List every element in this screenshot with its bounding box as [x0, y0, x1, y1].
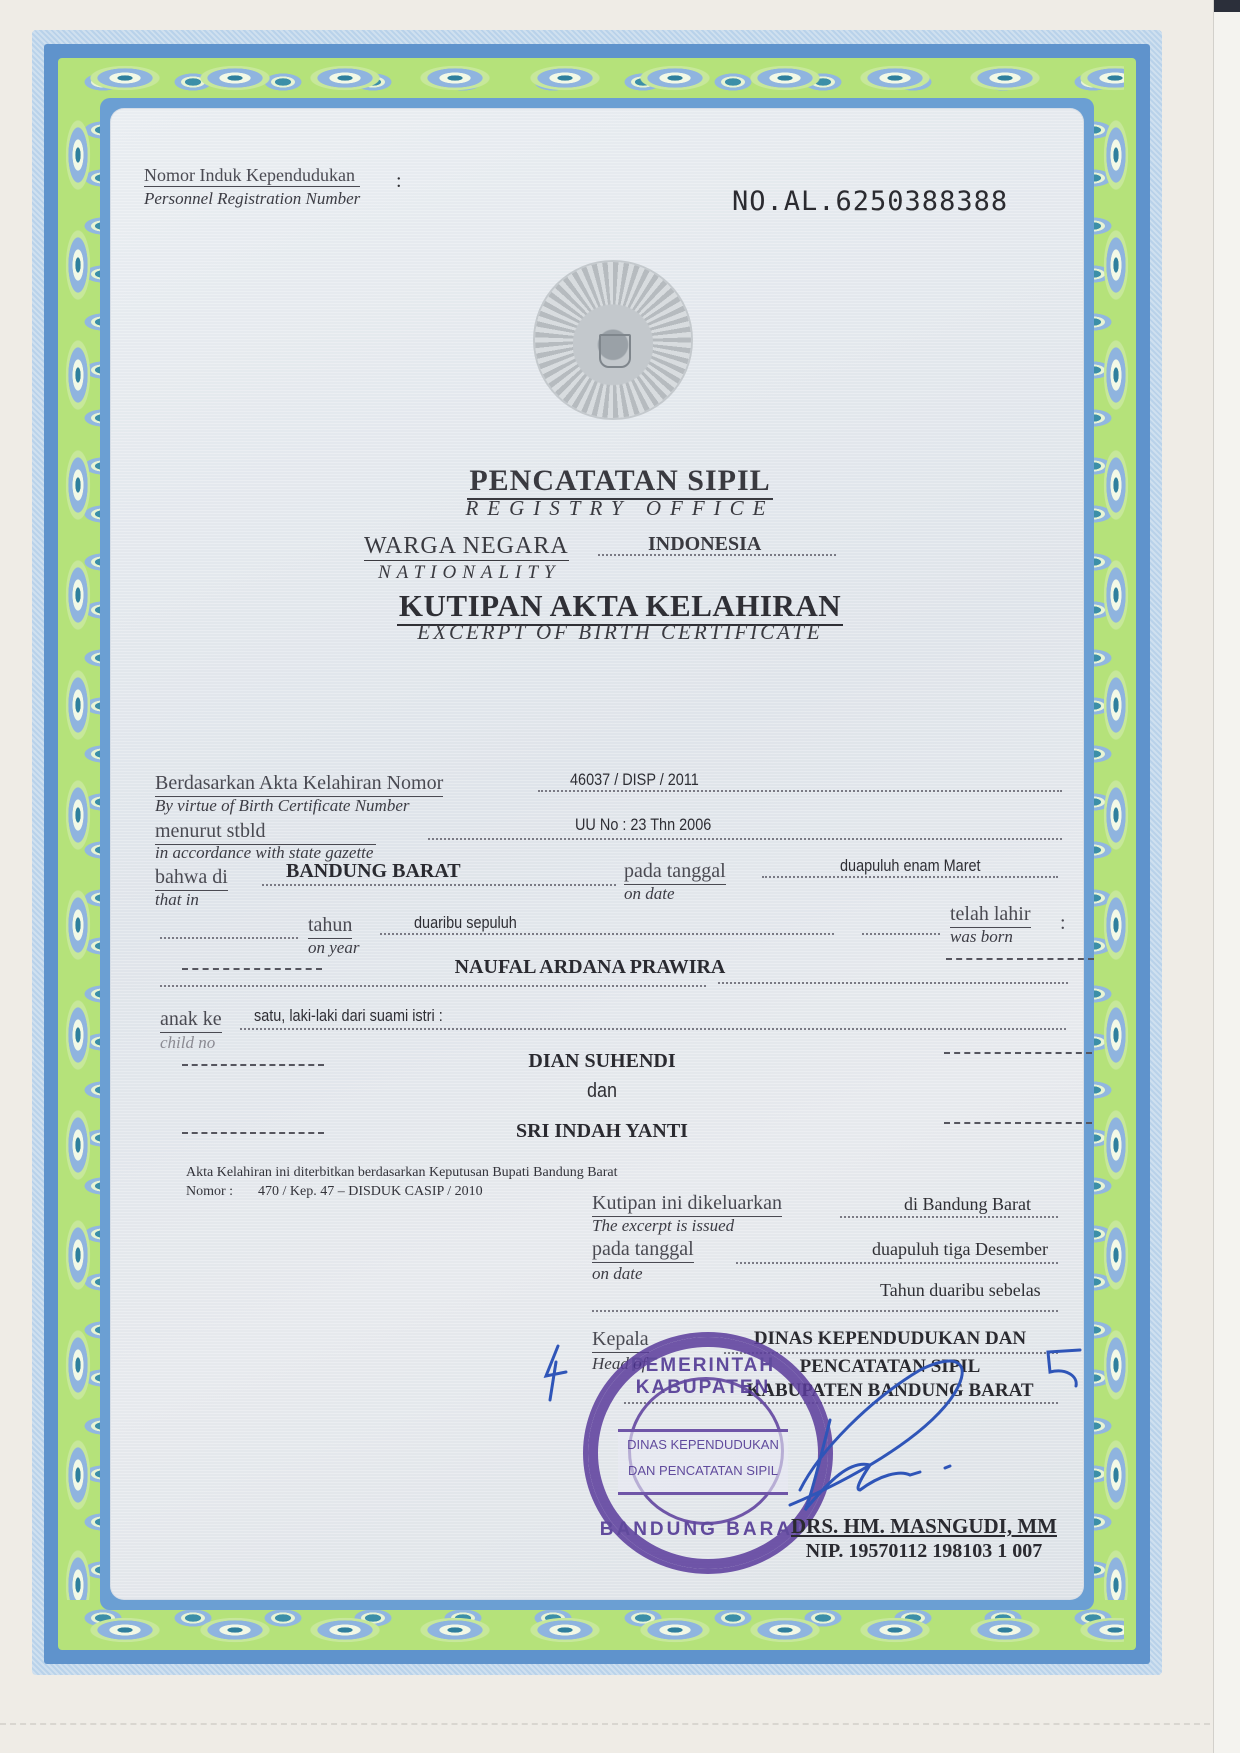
issued-date-label: pada tanggal	[592, 1238, 694, 1263]
certificate-number-label: Berdasarkan Akta Kelahiran Nomor	[155, 772, 443, 797]
dotted-line	[718, 982, 1068, 984]
child-name: NAUFAL ARDANA PRAWIRA	[0, 956, 1210, 979]
ornament-row-bottom	[70, 1610, 1124, 1650]
issued-label: Kutipan ini dikeluarkan	[592, 1192, 782, 1217]
ornament-row-top	[70, 58, 1124, 98]
issued-year-value: Tahun duaribu sebelas	[880, 1280, 1041, 1301]
was-born-label-en: was born	[950, 927, 1013, 947]
child-number-label: anak ke	[160, 1008, 222, 1033]
registration-label-id: Nomor Induk Kependudukan	[144, 165, 360, 187]
dotted-line	[762, 876, 1058, 878]
issued-date-label-en: on date	[592, 1264, 643, 1284]
nationality-dotted-line	[598, 554, 836, 556]
birth-date-value: duapuluh enam Maret	[840, 856, 981, 876]
office-title-en: REGISTRY OFFICE	[0, 496, 1240, 521]
mother-name: SRI INDAH YANTI	[0, 1120, 1222, 1143]
birth-year-label-en: on year	[308, 938, 359, 958]
dotted-line	[862, 933, 940, 935]
garuda-emblem-icon	[535, 262, 691, 418]
registration-label: Nomor Induk Kependudukan Personnel Regis…	[144, 165, 360, 209]
dotted-line	[428, 838, 1062, 840]
dotted-line	[262, 884, 616, 886]
nationality-value: INDONESIA	[648, 533, 761, 556]
child-number-value: satu, laki-laki dari suami istri :	[254, 1006, 443, 1026]
dotted-line	[840, 1216, 1058, 1218]
place-label-en: that in	[155, 890, 199, 910]
registration-colon: :	[396, 170, 402, 193]
birth-date-label-en: on date	[624, 884, 675, 904]
registration-number: NO.AL.6250388388	[732, 186, 1008, 217]
issued-label-en: The excerpt is issued	[592, 1216, 734, 1236]
fold-line	[0, 1723, 1210, 1725]
conjunction-and: dan	[44, 1080, 1160, 1103]
issued-date-value: duapuluh tiga Desember	[872, 1239, 1048, 1260]
office-title-text: PENCATATAN SIPIL	[467, 464, 772, 500]
garuda-shield-shape	[599, 334, 631, 368]
dotted-line	[160, 937, 298, 939]
certificate-number-value: 46037 / DISP / 2011	[570, 770, 699, 790]
certificate-number-label-en: By virtue of Birth Certificate Number	[155, 796, 410, 816]
handwritten-mark-4-icon	[540, 1342, 570, 1404]
birth-date-label: pada tanggal	[624, 860, 726, 885]
gazette-value: UU No : 23 Thn 2006	[575, 815, 711, 835]
nationality-label-en: NATIONALITY	[378, 562, 561, 584]
official-nip: NIP. 19570112 198103 1 007	[764, 1540, 1084, 1563]
nationality-label: WARGA NEGARA	[364, 533, 569, 561]
head-label: Kepala	[592, 1328, 649, 1353]
dotted-line	[380, 933, 834, 935]
dotted-line	[240, 1028, 1066, 1030]
ornament-column-left	[58, 100, 98, 1600]
decree-number-label: Nomor :	[186, 1184, 233, 1200]
handwritten-mark-5-icon	[1036, 1342, 1086, 1392]
dotted-line	[592, 1310, 1058, 1312]
was-born-colon: :	[1060, 912, 1066, 935]
official-name: DRS. HM. MASNGUDI, MM	[764, 1514, 1084, 1539]
place-value: BANDUNG BARAT	[286, 860, 461, 883]
dotted-line	[538, 790, 1062, 792]
scanner-edge	[1213, 0, 1240, 1753]
place-label: bahwa di	[155, 866, 228, 891]
dotted-line	[736, 1262, 1058, 1264]
was-born-label: telah lahir	[950, 903, 1031, 928]
registration-label-en: Personnel Registration Number	[144, 189, 360, 209]
father-name: DIAN SUHENDI	[0, 1050, 1222, 1073]
decree-text: Akta Kelahiran ini diterbitkan berdasark…	[186, 1165, 618, 1181]
birth-year-value: duaribu sepuluh	[414, 913, 517, 933]
document-title: KUTIPAN AKTA KELAHIRAN	[0, 588, 1240, 624]
gazette-label: menurut stbld	[155, 820, 376, 845]
birth-year-label: tahun	[308, 914, 352, 939]
decree-number-value: 470 / Kep. 47 – DISDUK CASIP / 2010	[258, 1184, 483, 1200]
office-title: PENCATATAN SIPIL	[0, 464, 1240, 498]
dotted-line	[160, 985, 706, 987]
issued-place: di Bandung Barat	[904, 1194, 1031, 1215]
document-title-en: EXCERPT OF BIRTH CERTIFICATE	[0, 620, 1240, 645]
ornament-column-right	[1096, 100, 1136, 1600]
